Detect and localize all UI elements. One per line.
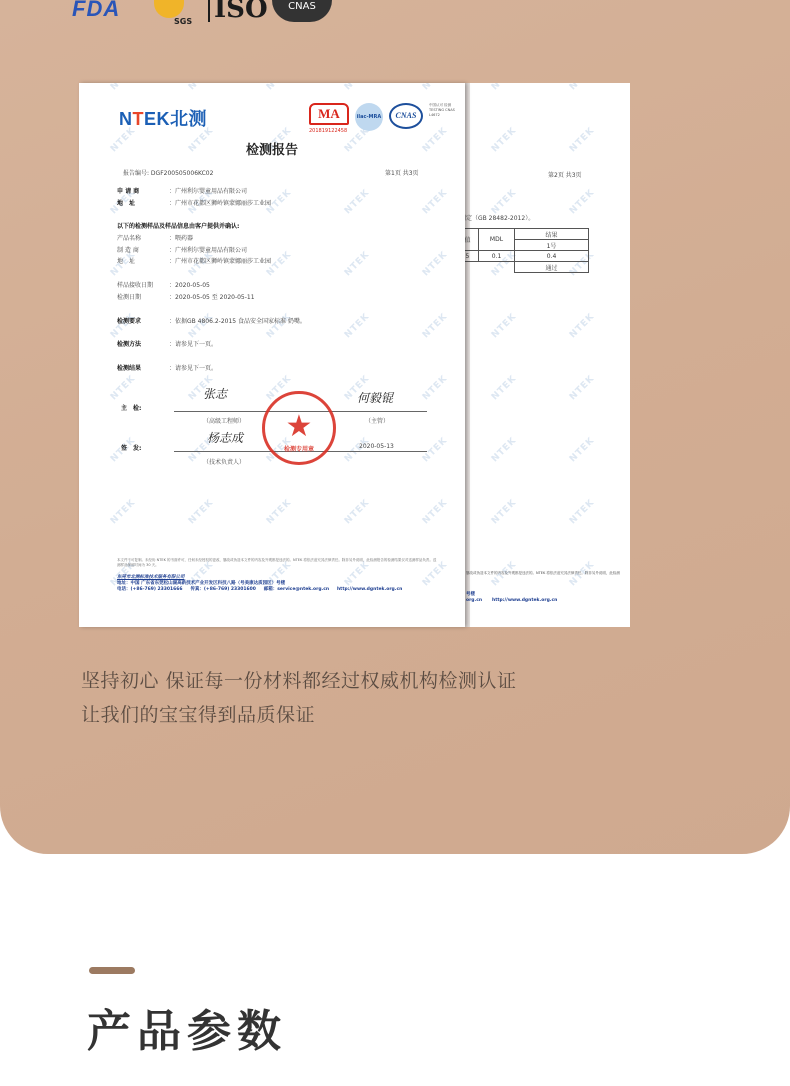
page-info: 第1页 共3页 — [385, 168, 419, 177]
company-phone: 电话：(+86-769) 23301666 — [117, 587, 183, 592]
sample-heading: 以下的检测样品及样品信息由客户提供并确认: — [117, 221, 239, 230]
inspector-label: 主 检: — [121, 403, 141, 412]
watermark: NTEK — [421, 374, 450, 403]
approver-label: 签 发: — [121, 443, 141, 452]
watermark: NTEK — [568, 374, 597, 403]
star-icon: ★ — [265, 412, 333, 442]
watermark: NTEK — [343, 312, 372, 341]
certification-logos: FDA SGS ISO CNAS — [72, 0, 332, 22]
page-2-standard: 测定（GB 28482-2012）。 — [460, 213, 534, 222]
watermark: NTEK — [187, 83, 216, 92]
watermark: NTEK — [109, 498, 138, 527]
cma-number: 201819122458 — [309, 128, 347, 134]
test-report-page-1: NTEKNTEKNTEKNTEKNTEKNTEKNTEKNTEKNTEKNTEK… — [79, 83, 465, 627]
section-accent-bar — [89, 967, 135, 974]
cell-empty — [460, 262, 515, 273]
watermark: NTEK — [490, 83, 519, 92]
watermark: NTEK — [109, 374, 138, 403]
company-footer: 东莞市北测标准技术服务有限公司 地址：中国 广东省东莞松山湖高新技术产业开发区科… — [117, 575, 402, 593]
watermark: NTEK — [421, 250, 450, 279]
company-email: 邮箱：service@ntek.org.cn — [264, 587, 329, 592]
maker-address-value: ：广州市花都区狮岭镇蒙娜丽莎工业园 — [169, 258, 271, 265]
table-header-result: 结果 — [515, 229, 589, 240]
test-report-page-2: NTEKNTEKNTEKNTEKNTEKNTEKNTEKNTEKNTEKNTEK… — [460, 83, 630, 627]
tagline: 坚持初心 保证每一份材料都经过权威机构检测认证 让我们的宝宝得到品质保证 — [81, 664, 517, 732]
watermark: NTEK — [343, 250, 372, 279]
watermark: NTEK — [568, 126, 597, 155]
watermark: NTEK — [568, 312, 597, 341]
watermark: NTEK — [490, 312, 519, 341]
page-2-fine-print: 篡改或伪造本文件的内容及外观都是违法的。NTEK 将依法追究其法律责任。除非另外… — [466, 571, 626, 576]
address-value: ：广州市花都区狮岭镇蒙娜丽莎工业园 — [169, 200, 271, 207]
company-fax: 传真：(+86-769) 23301600 — [190, 587, 256, 592]
watermark: NTEK — [568, 188, 597, 217]
cnas-note: 中国认可 检测 TESTING CNAS L4672 — [429, 103, 459, 118]
requirement-value: ：依据GB 4806.2-2015 食品安全国家标准 奶嘴。 — [169, 318, 306, 325]
supervisor-role: （主管） — [365, 416, 389, 425]
sgs-logo-icon: SGS — [154, 0, 196, 22]
received-label: 样品接收日期 — [117, 280, 169, 289]
test-date-label: 检测日期 — [117, 292, 169, 301]
certification-panel: FDA SGS ISO CNAS NTEKNTEKNTEKNTEKNTEKNTE… — [0, 0, 790, 854]
tagline-line-1: 坚持初心 保证每一份材料都经过权威机构检测认证 — [81, 664, 517, 698]
supervisor-signature: 何毅锟 — [357, 389, 393, 406]
cma-mark-icon: MA — [309, 103, 349, 125]
product-label: 产品名称 — [117, 233, 169, 242]
watermark: NTEK — [568, 436, 597, 465]
watermark: NTEK — [343, 498, 372, 527]
iso-logo-icon: ISO — [208, 0, 260, 22]
watermark: NTEK — [421, 436, 450, 465]
watermark: NTEK — [265, 498, 294, 527]
watermark: NTEK — [421, 312, 450, 341]
watermark: NTEK — [421, 83, 450, 92]
method-label: 检测方法 — [117, 339, 169, 348]
approver-role: （技术负责人） — [203, 457, 245, 466]
watermark: NTEK — [421, 498, 450, 527]
maker-label: 制 造 商 — [117, 245, 169, 254]
page-2-url: http://www.dgntek.org.cn — [492, 598, 557, 603]
watermark: NTEK — [421, 188, 450, 217]
product-value: ：喂药器 — [169, 235, 193, 242]
watermark: NTEK — [490, 374, 519, 403]
result-value: ：请参见下一页。 — [169, 365, 217, 372]
address-label: 地 址 — [117, 198, 169, 207]
results-table: 限值 MDL 结果 1号 0.5 0.1 0.4 通过 — [460, 228, 589, 273]
disclaimer-text: 本文件不可复制。未经协 NTEK 的书面许可，任何未经授权的更改、篡改或伪造本文… — [117, 558, 437, 568]
approver-signature: 杨志成 — [207, 429, 243, 446]
applicant-value: ：广州利尔婴童用品有限公司 — [169, 188, 247, 195]
page-2-info: 第2页 共3页 — [548, 170, 582, 179]
watermark: NTEK — [568, 83, 597, 92]
ntek-logo: NTEK北测 — [119, 105, 207, 131]
table-header-mdl: MDL — [479, 229, 515, 251]
watermark: NTEK — [568, 498, 597, 527]
inspector-role: （高级工程师） — [203, 416, 245, 425]
watermark: NTEK — [187, 498, 216, 527]
watermark: NTEK — [343, 83, 372, 92]
official-seal: ★ 检测专用章 — [262, 391, 336, 465]
seal-text: 检测专用章 — [265, 444, 333, 453]
cell-mdl: 0.1 — [479, 251, 515, 262]
report-title: 检测报告 — [79, 139, 465, 158]
page-2-email-fragment: org.cn — [466, 598, 482, 603]
maker-address-label: 地 址 — [117, 256, 169, 265]
cell-verdict: 通过 — [515, 262, 589, 273]
tagline-line-2: 让我们的宝宝得到品质保证 — [81, 698, 517, 732]
sign-date: 2020-05-13 — [359, 443, 394, 450]
report-number: 报告编号: DGF200505006KC02 — [123, 168, 213, 177]
table-row: 0.5 0.1 0.4 — [460, 251, 589, 262]
watermark: NTEK — [343, 436, 372, 465]
watermark: NTEK — [490, 498, 519, 527]
watermark: NTEK — [109, 83, 138, 92]
cell-result: 0.4 — [515, 251, 589, 262]
requirement-label: 检测要求 — [117, 316, 169, 325]
watermark: NTEK — [343, 188, 372, 217]
section-title: 产品参数 — [87, 995, 287, 1059]
accreditation-marks: MA 201819122458 ilac-MRA CNAS 中国认可 检测 TE… — [309, 103, 459, 131]
received-value: ：2020-05-05 — [169, 282, 210, 289]
page-2-footer-fragment: 号楼 — [466, 591, 475, 597]
company-url: http://www.dgntek.org.cn — [337, 587, 402, 592]
watermark: NTEK — [265, 83, 294, 92]
method-value: ：请参见下一页。 — [169, 341, 217, 348]
cnas-logo-icon: CNAS — [272, 0, 332, 22]
table-subheader-sample: 1号 — [515, 240, 589, 251]
fda-logo-icon: FDA — [72, 0, 142, 22]
applicant-label: 申 请 商 — [117, 186, 169, 195]
inspector-signature: 张志 — [203, 385, 227, 402]
maker-value: ：广州利尔婴童用品有限公司 — [169, 247, 247, 254]
cnas-mark-icon: CNAS — [389, 103, 423, 129]
ilac-mra-mark-icon: ilac-MRA — [355, 103, 383, 131]
test-date-value: ：2020-05-05 至 2020-05-11 — [169, 294, 255, 301]
result-label: 检测结果 — [117, 363, 169, 372]
watermark: NTEK — [490, 436, 519, 465]
watermark: NTEK — [490, 126, 519, 155]
